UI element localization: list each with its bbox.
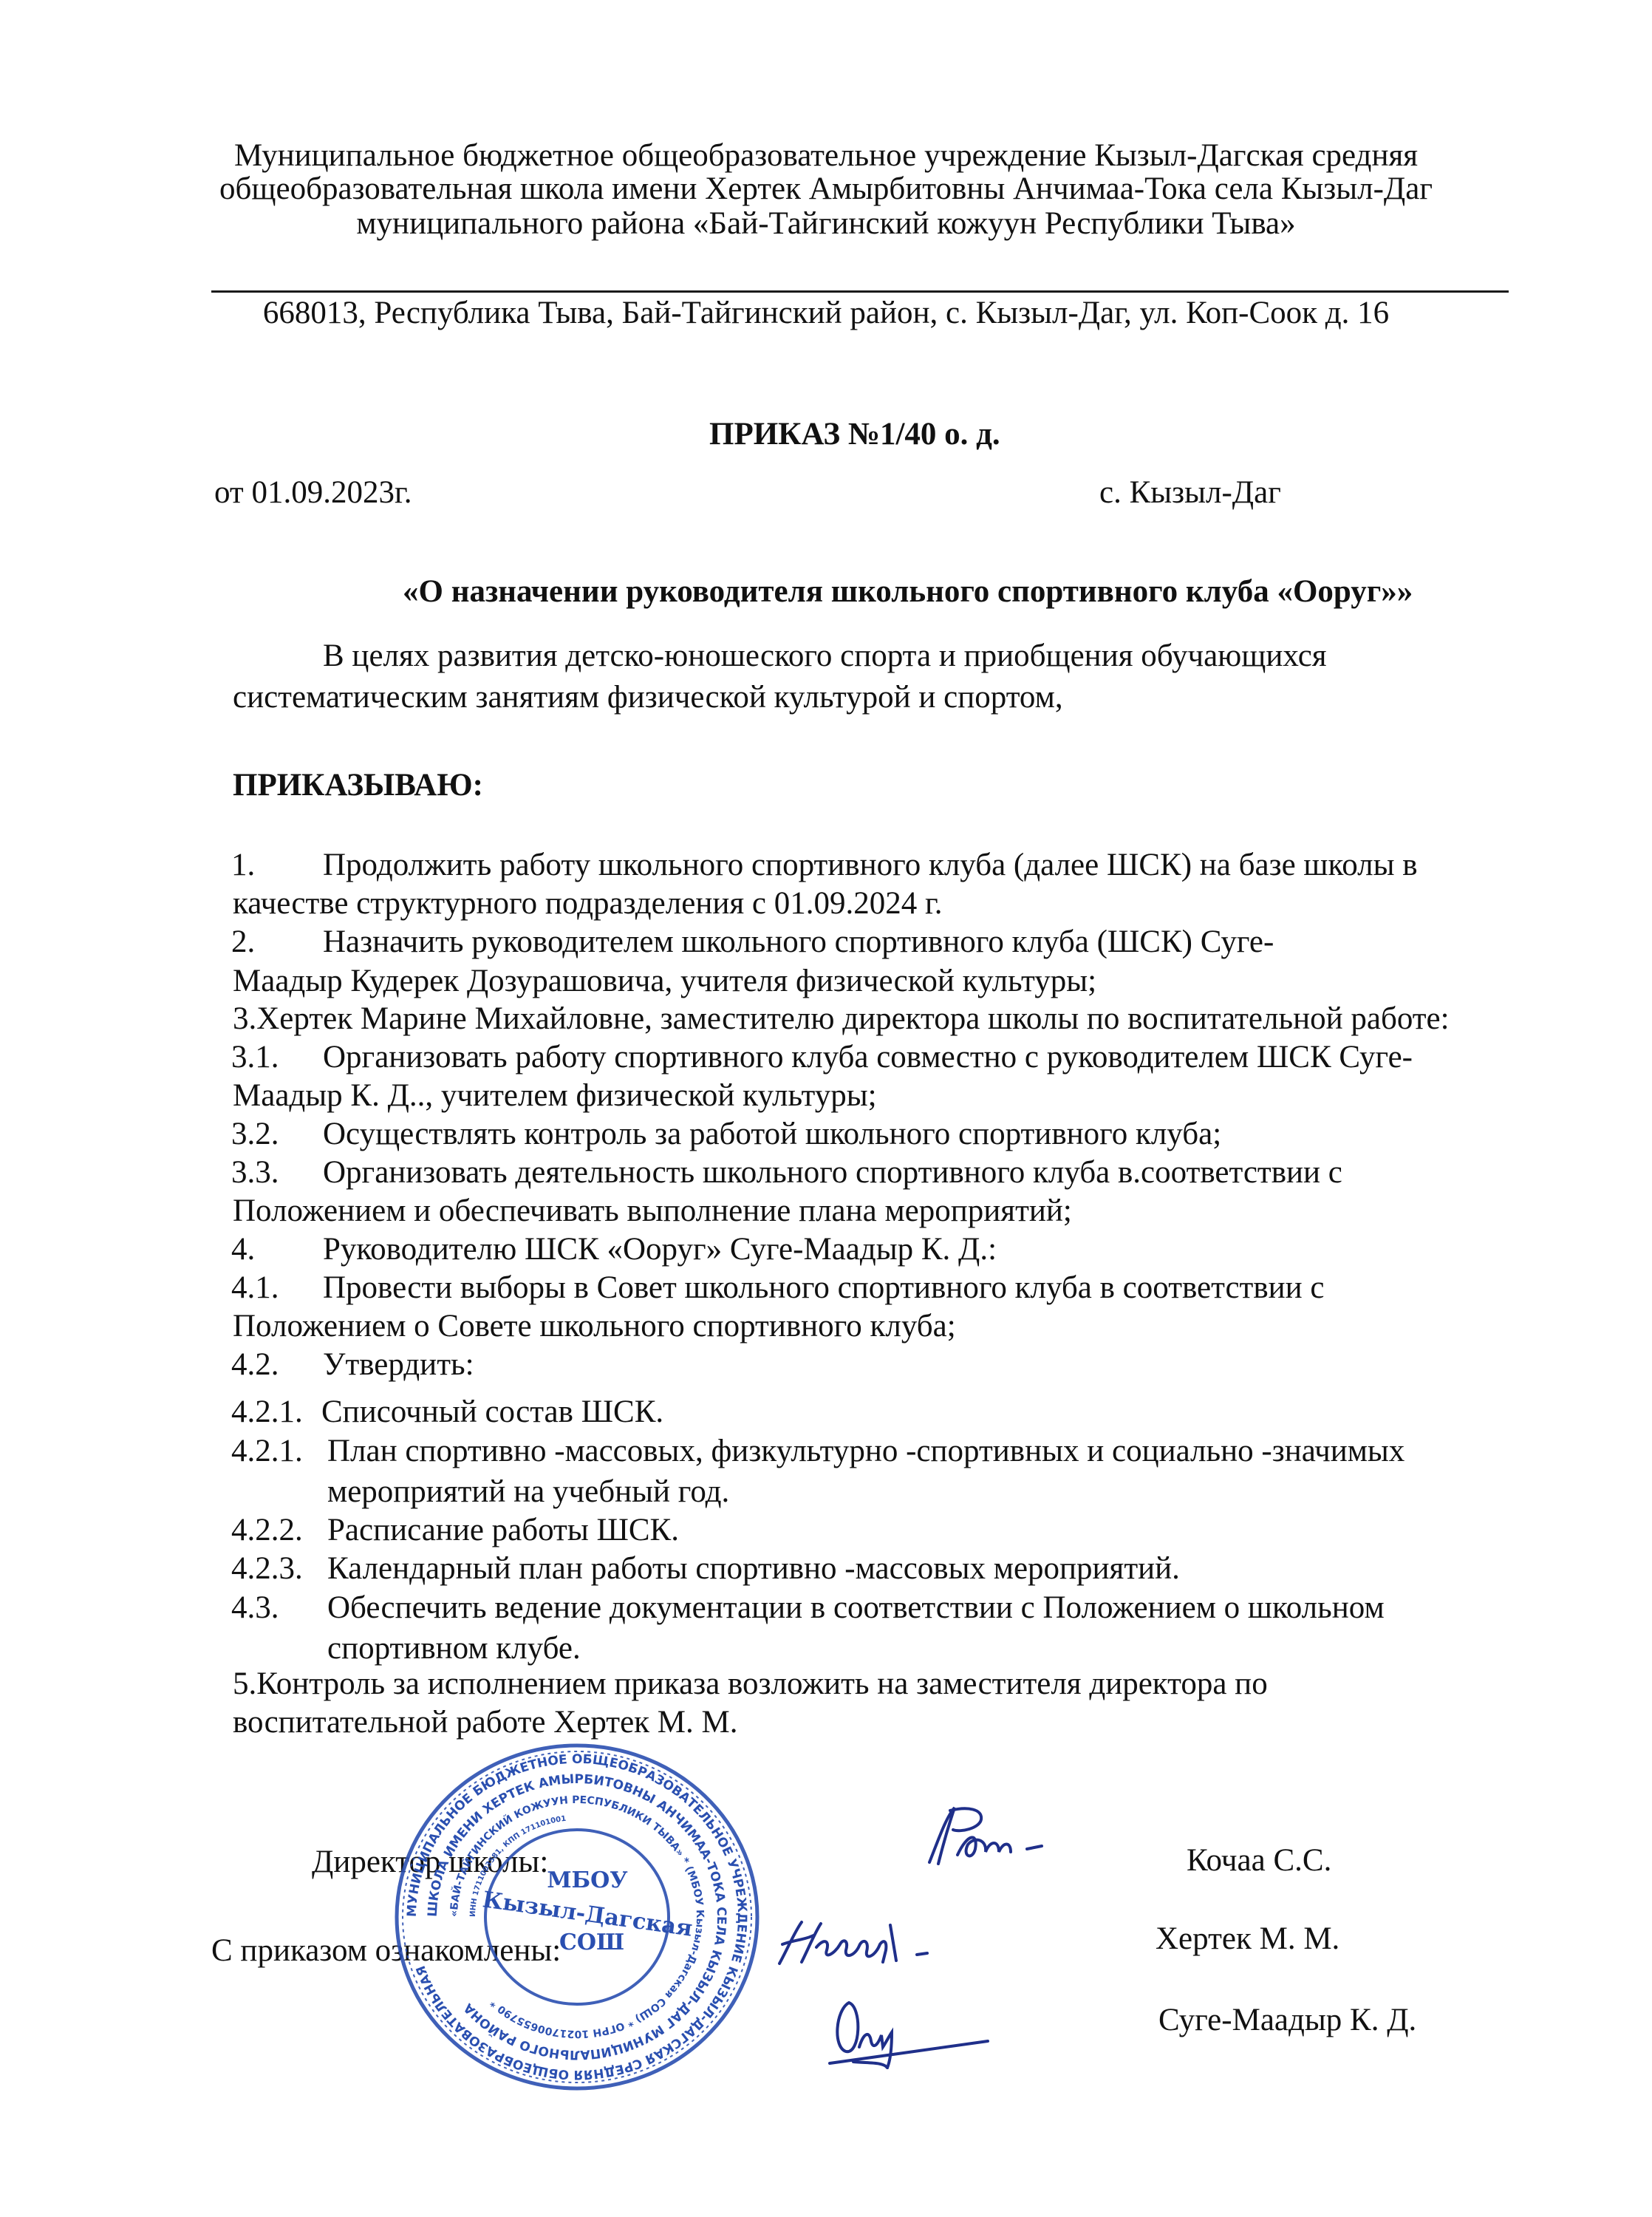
org-name-line-1: Муниципальное бюджетное общеобразователь… bbox=[0, 140, 1652, 171]
order-item-text: Положением о Совете школьного спортивног… bbox=[233, 1310, 956, 1342]
order-item-number: 4. bbox=[231, 1233, 255, 1265]
order-item-number: 4.2.1. bbox=[231, 1435, 303, 1467]
order-item-text: Списочный состав ШСК. bbox=[321, 1396, 663, 1428]
director-name: Кочаа С.С. bbox=[1187, 1845, 1331, 1876]
order-item-text: воспитательной работе Хертек М. М. bbox=[233, 1706, 738, 1738]
order-item-number: 4.3. bbox=[231, 1592, 279, 1624]
order-item-text: спортивном клубе. bbox=[327, 1632, 581, 1664]
order-item-text: Продолжить работу школьного спортивного … bbox=[323, 849, 1418, 881]
org-name-line-3: муниципального района «Бай-Тайгинский ко… bbox=[0, 208, 1652, 239]
order-item-text: Назначить руководителем школьного спорти… bbox=[323, 926, 1274, 958]
order-item-text: Организовать работу спортивного клуба со… bbox=[323, 1041, 1413, 1073]
stamp-center-line-1: МБОУ bbox=[547, 1867, 628, 1893]
order-item-text: Маадыр Кудерек Дозурашовича, учителя физ… bbox=[233, 965, 1096, 997]
order-item-text: Организовать деятельность школьного спор… bbox=[323, 1157, 1342, 1188]
order-item-text: Осуществлять контроль за работой школьно… bbox=[323, 1118, 1221, 1150]
order-item-text: Расписание работы ШСК. bbox=[327, 1514, 679, 1546]
order-item-number: 4.2. bbox=[231, 1349, 279, 1380]
acquaintance-signature-2 bbox=[824, 1995, 994, 2069]
order-item-number: 3.2. bbox=[231, 1118, 279, 1150]
school-seal-stamp: МУНИЦИПАЛЬНОЕ БЮДЖЕТНОЕ ОБЩЕОБРАЗОВАТЕЛЬ… bbox=[394, 1741, 760, 2093]
order-item-text: Положением и обеспечивать выполнение пла… bbox=[233, 1195, 1072, 1227]
acquainted-name-2: Суге-Маадыр К. Д. bbox=[1158, 2004, 1416, 2036]
order-item-number: 3.3. bbox=[231, 1157, 279, 1188]
order-item-number: 2. bbox=[231, 926, 255, 958]
order-item-number: 4.2.3. bbox=[231, 1553, 303, 1584]
order-item-number: 1. bbox=[231, 849, 255, 881]
order-item-number: 4.1. bbox=[231, 1272, 279, 1304]
order-command: ПРИКАЗЫВАЮ: bbox=[233, 769, 483, 801]
order-item-text: 3.Хертек Марине Михайловне, заместителю … bbox=[233, 1003, 1450, 1035]
order-item-text: Обеспечить ведение документации в соотве… bbox=[327, 1592, 1385, 1624]
org-name-line-2: общеобразовательная школа имени Хертек А… bbox=[0, 173, 1652, 205]
order-item-text: Утвердить: bbox=[323, 1349, 474, 1380]
org-address: 668013, Республика Тыва, Бай-Тайгинский … bbox=[0, 297, 1652, 329]
order-item-number: 4.2.1. bbox=[231, 1396, 303, 1428]
acquaintance-signature-1 bbox=[772, 1918, 942, 1969]
order-item-text: мероприятий на учебный год. bbox=[327, 1476, 729, 1508]
preamble-line-1: В целях развития детско-юношеского спорт… bbox=[323, 640, 1327, 672]
order-item-text: Календарный план работы спортивно -массо… bbox=[327, 1553, 1180, 1584]
stamp-center-line-3: СОШ bbox=[559, 1930, 624, 1955]
order-date: от 01.09.2023г. bbox=[214, 477, 412, 508]
director-signature bbox=[916, 1803, 1064, 1870]
order-title: ПРИКАЗ №1/40 о. д. bbox=[709, 418, 1000, 450]
order-item-text: План спортивно -массовых, физкультурно -… bbox=[327, 1435, 1404, 1467]
order-item-number: 3.1. bbox=[231, 1041, 279, 1073]
order-item-text: 5.Контроль за исполнением приказа возлож… bbox=[233, 1668, 1268, 1700]
order-item-text: качестве структурного подразделения с 01… bbox=[233, 888, 943, 919]
order-item-text: Руководителю ШСК «Ооруг» Суге-Маадыр К. … bbox=[323, 1233, 997, 1265]
order-item-number: 4.2.2. bbox=[231, 1514, 303, 1546]
order-item-text: Маадыр К. Д.., учителем физической культ… bbox=[233, 1080, 877, 1111]
preamble-line-2: систематическим занятиям физической куль… bbox=[233, 681, 1063, 713]
order-subject: «О назначении руководителя школьного спо… bbox=[403, 576, 1413, 607]
acquainted-name-1: Хертек М. М. bbox=[1156, 1923, 1339, 1955]
order-place: с. Кызыл-Даг bbox=[1099, 477, 1281, 508]
order-item-text: Провести выборы в Совет школьного спорти… bbox=[323, 1272, 1325, 1304]
letterhead-divider bbox=[211, 290, 1509, 293]
